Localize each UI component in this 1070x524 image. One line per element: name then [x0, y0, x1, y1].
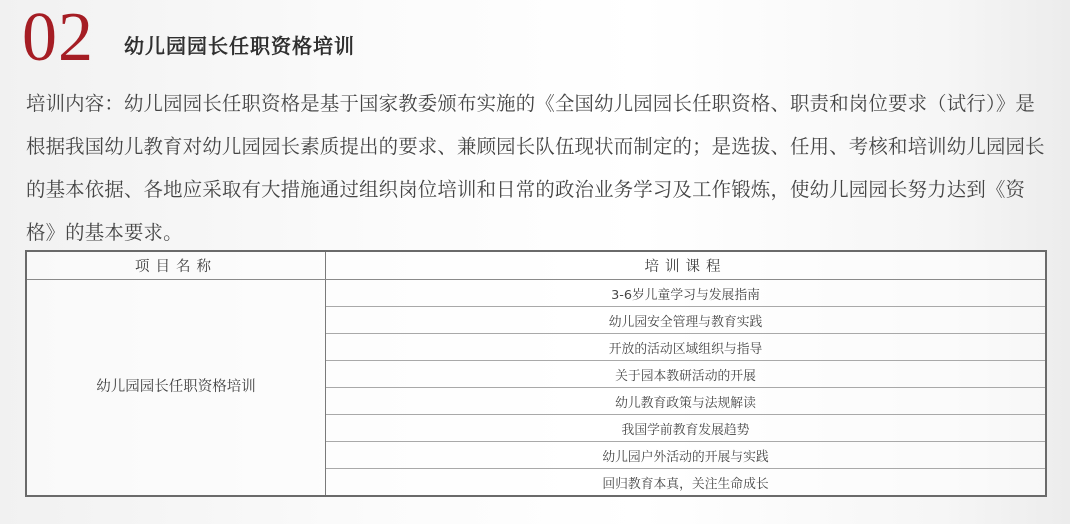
- course-cell: 幼儿园安全管理与教育实践: [326, 307, 1047, 334]
- course-cell: 关于园本教研活动的开展: [326, 361, 1047, 388]
- column-header-courses: 培训课程: [326, 251, 1047, 280]
- course-cell: 回归教育本真，关注生命成长: [326, 469, 1047, 497]
- course-cell: 幼儿园户外活动的开展与实践: [326, 442, 1047, 469]
- section-title: 幼儿园园长任职资格培训: [124, 33, 355, 59]
- intro-paragraph: 培训内容：幼儿园园长任职资格是基于国家教委颁布实施的《全国幼儿园园长任职资格、职…: [26, 82, 1050, 254]
- section-number: 02: [22, 0, 94, 76]
- course-cell: 3-6岁儿童学习与发展指南: [326, 280, 1047, 307]
- table-row: 幼儿园园长任职资格培训 3-6岁儿童学习与发展指南: [26, 280, 1046, 307]
- table-header-row: 项目名称 培训课程: [26, 251, 1046, 280]
- course-table-container: 项目名称 培训课程 幼儿园园长任职资格培训 3-6岁儿童学习与发展指南 幼儿园安…: [25, 250, 1047, 496]
- column-header-project: 项目名称: [26, 251, 326, 280]
- course-cell: 我国学前教育发展趋势: [326, 415, 1047, 442]
- course-cell: 开放的活动区域组织与指导: [326, 334, 1047, 361]
- course-table: 项目名称 培训课程 幼儿园园长任职资格培训 3-6岁儿童学习与发展指南 幼儿园安…: [25, 250, 1047, 497]
- project-name-cell: 幼儿园园长任职资格培训: [26, 280, 326, 497]
- course-cell: 幼儿教育政策与法规解读: [326, 388, 1047, 415]
